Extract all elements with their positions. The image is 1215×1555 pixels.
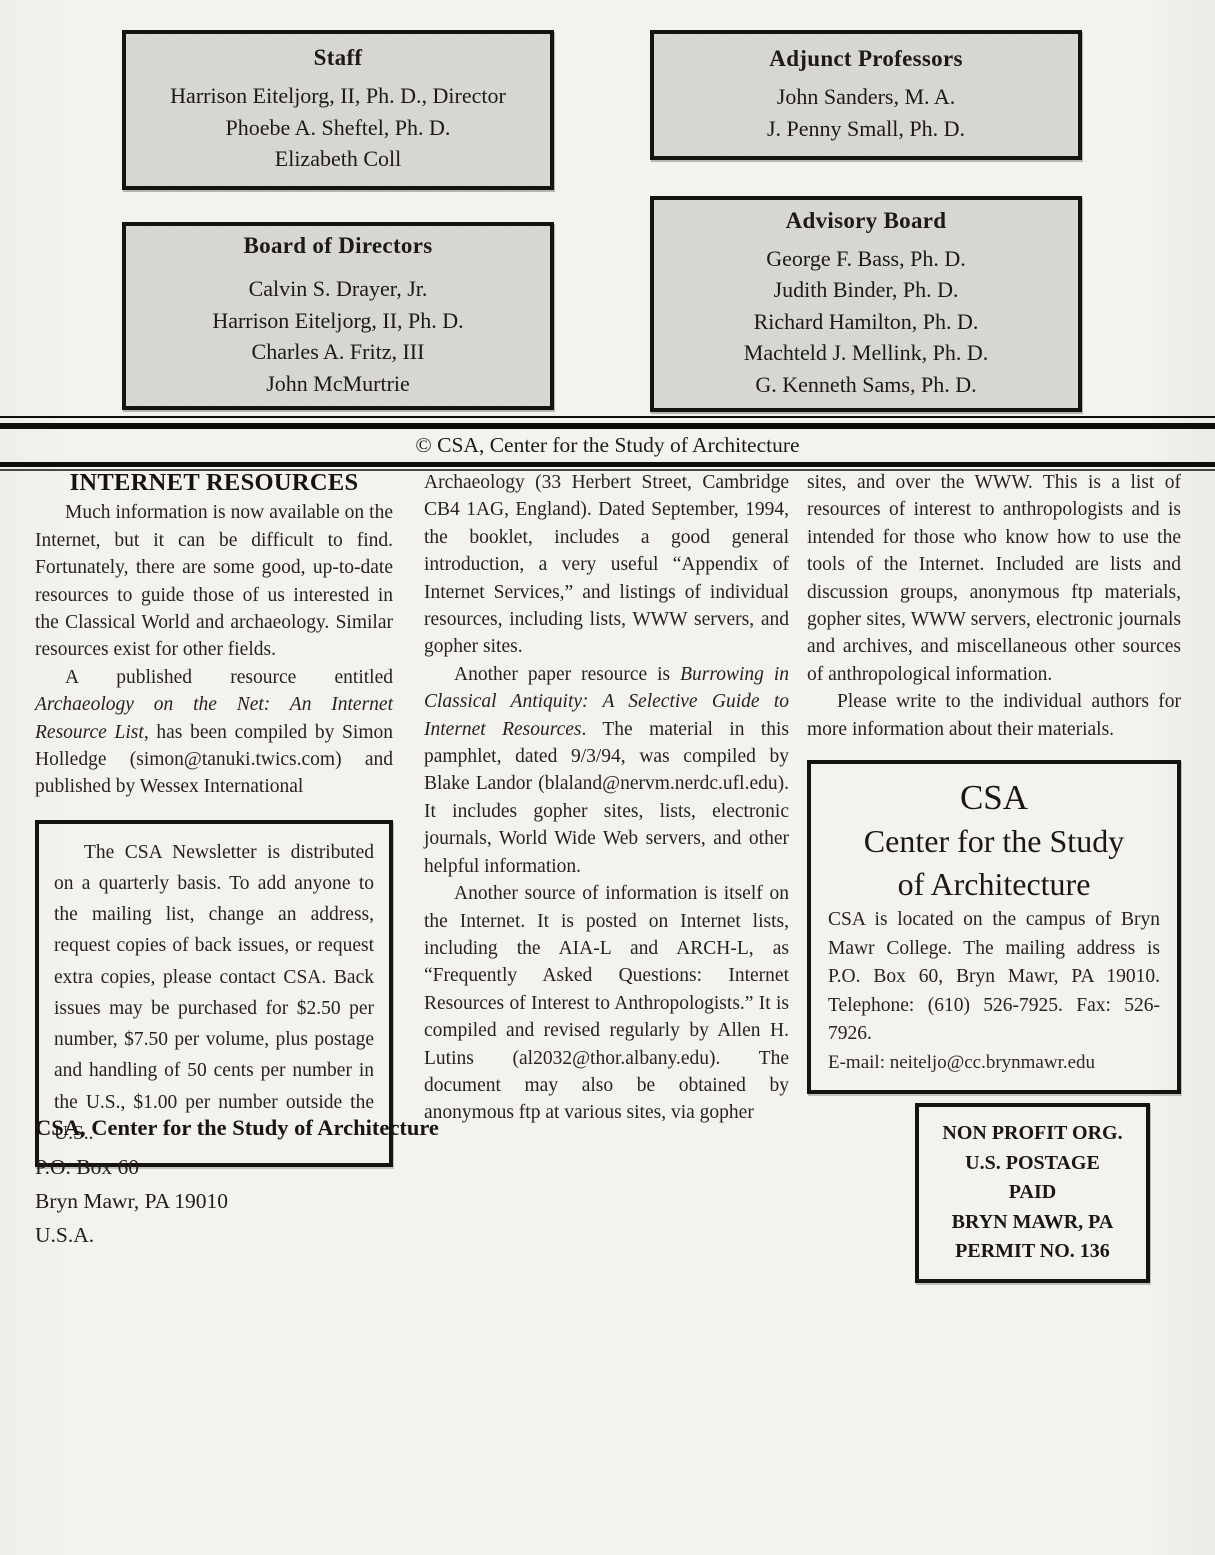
csa-contact-text: CSA is located on the campus of Bryn Maw… [828, 906, 1160, 1049]
copyright-line: © CSA, Center for the Study of Architect… [0, 429, 1215, 462]
return-address-line: Bryn Mawr, PA 19010 [35, 1184, 439, 1218]
advisory-member: Machteld J. Mellink, Ph. D. [654, 337, 1078, 369]
return-address-line: P.O. Box 60 [35, 1150, 439, 1184]
article-paragraph: Another source of information is itself … [424, 880, 789, 1127]
return-address-name: CSA, Center for the Study of Architectur… [35, 1113, 439, 1143]
return-address-line: U.S.A. [35, 1218, 439, 1252]
board-of-directors-box: Board of Directors Calvin S. Drayer, Jr.… [122, 222, 554, 410]
csa-contact-box: CSA Center for the Study of Architecture… [807, 760, 1181, 1094]
postage-line: PAID [919, 1178, 1146, 1208]
csa-box-title: CSA [828, 776, 1160, 820]
article-heading: INTERNET RESOURCES [35, 469, 393, 496]
staff-member: Phoebe A. Sheftel, Ph. D. [126, 112, 550, 144]
horizontal-rule [0, 462, 1215, 467]
advisory-member: G. Kenneth Sams, Ph. D. [654, 369, 1078, 401]
postage-line: PERMIT NO. 136 [919, 1237, 1146, 1267]
paragraph-text: . The material in this pamphlet, dated 9… [424, 719, 789, 877]
csa-box-title: of Architecture [828, 863, 1160, 906]
article-column-1: INTERNET RESOURCES Much information is n… [35, 469, 393, 1167]
postage-permit-box: NON PROFIT ORG. U.S. POSTAGE PAID BRYN M… [915, 1103, 1150, 1283]
csa-box-title: Center for the Study [828, 820, 1160, 863]
adjunct-professors-box-title: Adjunct Professors [654, 46, 1078, 72]
staff-member: Elizabeth Coll [126, 143, 550, 175]
postage-line: NON PROFIT ORG. [919, 1119, 1146, 1149]
article-paragraph: sites, and over the WWW. This is a list … [807, 469, 1181, 688]
board-of-directors-box-title: Board of Directors [126, 233, 550, 259]
adjunct-professor: J. Penny Small, Ph. D. [654, 113, 1078, 145]
postage-line: U.S. POSTAGE [919, 1149, 1146, 1179]
adjunct-professors-box: Adjunct Professors John Sanders, M. A. J… [650, 30, 1082, 160]
csa-email: E-mail: neiteljo@cc.brynmawr.edu [828, 1049, 1160, 1076]
article-paragraph: Archaeology (33 Herbert Street, Cambridg… [424, 469, 789, 661]
newsletter-page: Staff Harrison Eiteljorg, II, Ph. D., Di… [0, 0, 1215, 1555]
advisory-member: George F. Bass, Ph. D. [654, 243, 1078, 275]
horizontal-rule [0, 416, 1215, 418]
board-member: John McMurtrie [126, 368, 550, 400]
advisory-member: Richard Hamilton, Ph. D. [654, 306, 1078, 338]
staff-box-title: Staff [126, 45, 550, 71]
adjunct-professor: John Sanders, M. A. [654, 81, 1078, 113]
staff-box: Staff Harrison Eiteljorg, II, Ph. D., Di… [122, 30, 554, 190]
advisory-member: Judith Binder, Ph. D. [654, 274, 1078, 306]
advisory-board-box-title: Advisory Board [654, 208, 1078, 234]
article-paragraph: Please write to the individual authors f… [807, 688, 1181, 743]
postage-line: BRYN MAWR, PA [919, 1208, 1146, 1238]
board-member: Harrison Eiteljorg, II, Ph. D. [126, 305, 550, 337]
paragraph-text: A published resource entitled [65, 667, 393, 688]
board-member: Charles A. Fritz, III [126, 336, 550, 368]
article-paragraph: A published resource entitled Archaeolog… [35, 664, 393, 801]
article-paragraph: Another paper resource is Burrowing in C… [424, 661, 789, 880]
article-column-3: sites, and over the WWW. This is a list … [807, 469, 1181, 1094]
newsletter-subscription-text: The CSA Newsletter is distributed on a q… [54, 837, 374, 1149]
staff-member: Harrison Eiteljorg, II, Ph. D., Director [126, 80, 550, 112]
advisory-board-box: Advisory Board George F. Bass, Ph. D. Ju… [650, 196, 1082, 412]
article-column-2: Archaeology (33 Herbert Street, Cambridg… [424, 469, 789, 1127]
paragraph-text: Another paper resource is [454, 664, 680, 685]
article-paragraph: Much information is now available on the… [35, 499, 393, 663]
board-member: Calvin S. Drayer, Jr. [126, 273, 550, 305]
copyright-divider: © CSA, Center for the Study of Architect… [0, 416, 1215, 471]
return-address: CSA, Center for the Study of Architectur… [35, 1113, 439, 1252]
